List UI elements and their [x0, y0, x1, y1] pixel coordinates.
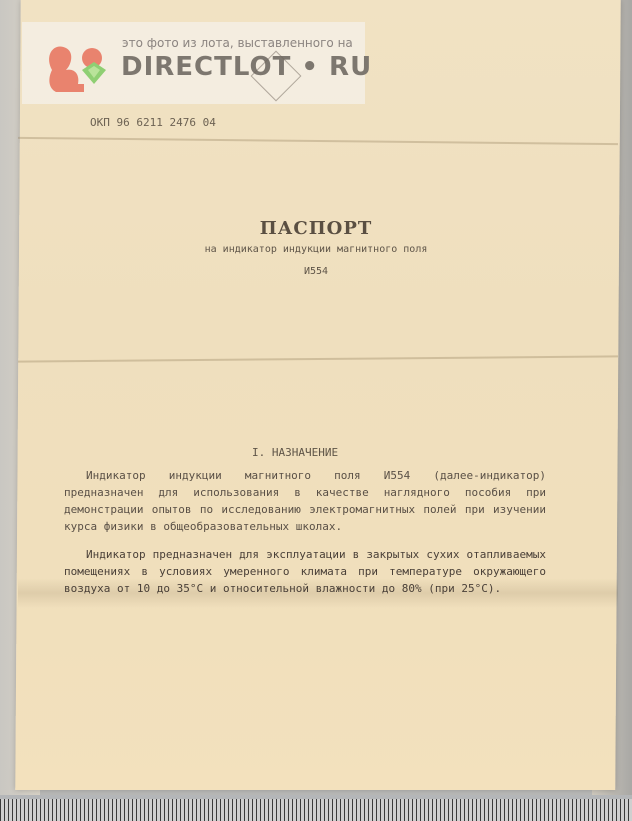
document-title: ПАСПОРТ — [0, 218, 632, 239]
ruler — [0, 795, 632, 821]
paragraph: Индикатор предназначен для эксплуатации … — [64, 546, 546, 597]
document-subtitle: на индикатор индукции магнитного поля — [0, 244, 632, 255]
watermark-caption: это фото из лота, выставленного на — [122, 36, 353, 50]
product-code: ОКП 96 6211 2476 04 — [90, 116, 216, 129]
watermark-brand: DIRECTLOT • RU — [121, 52, 372, 82]
paragraph: Индикатор индукции магнитного поля И554 … — [64, 467, 546, 535]
section-heading: I. НАЗНАЧЕНИЕ — [252, 446, 338, 459]
model-number: И554 — [0, 266, 632, 277]
squirrel-logo-icon — [44, 40, 114, 95]
